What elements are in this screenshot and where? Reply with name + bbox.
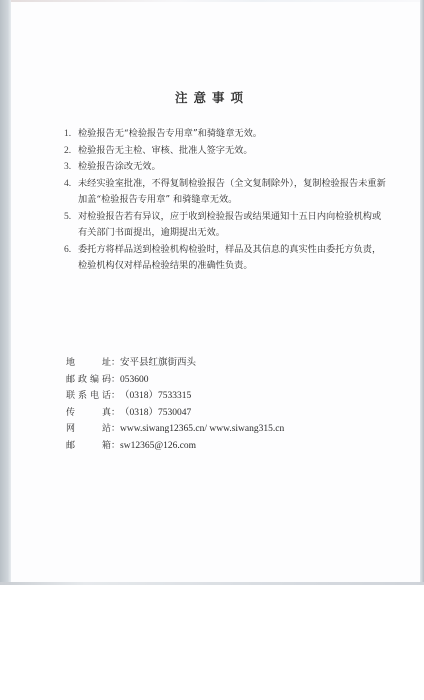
phone-value: （0318）7533315 <box>120 388 191 405</box>
contact-label: 联系电话 <box>66 388 111 405</box>
note-number: 5. <box>64 209 78 226</box>
fax-value: （0318）7530047 <box>120 405 191 422</box>
note-text: 检验报告涂改无效。 <box>78 159 394 176</box>
note-number: 3. <box>64 159 78 176</box>
note-item-2: 2. 检验报告无主检、审核、批准人签字无效。 <box>64 143 394 160</box>
contact-phone: 联系电话 ： （0318）7533315 <box>66 388 366 405</box>
contact-address: 地址 ： 安平县红旗街西头 <box>66 355 366 372</box>
note-number: 6. <box>64 242 78 259</box>
contact-postcode: 邮政编码 ： 053600 <box>66 372 366 389</box>
scan-edge-bottom <box>0 582 424 585</box>
contact-label: 邮政编码 <box>66 372 111 389</box>
contact-fax: 传真 ： （0318）7530047 <box>66 405 366 422</box>
website-value: www.siwang12365.cn/ www.siwang315.cn <box>120 421 284 438</box>
note-text: 未经实验室批准，不得复制检验报告（全文复制除外），复制检验报告未重新 <box>78 176 394 193</box>
note-text: 检验报告无主检、审核、批准人签字无效。 <box>78 143 394 160</box>
note-text: 检验报告无“检验报告专用章”和骑缝章无效。 <box>78 126 394 143</box>
note-text: 对检验报告若有异议，应于收到检验报告或结果通知十五日内向检验机构或 <box>78 209 394 226</box>
scanned-page: 注意事项 1. 检验报告无“检验报告专用章”和骑缝章无效。 2. 检验报告无主检… <box>0 0 424 585</box>
notes-list: 1. 检验报告无“检验报告专用章”和骑缝章无效。 2. 检验报告无主检、审核、批… <box>64 126 394 275</box>
note-number: 1. <box>64 126 78 143</box>
page-title: 注意事项 <box>0 88 424 106</box>
contact-label: 地址 <box>66 355 111 372</box>
note-text-continued: 有关部门书面提出，逾期提出无效。 <box>78 225 394 242</box>
address-value: 安平县红旗街西头 <box>120 355 196 372</box>
note-item-4: 4. 未经实验室批准，不得复制检验报告（全文复制除外），复制检验报告未重新 加盖… <box>64 176 394 209</box>
contact-label: 网站 <box>66 421 111 438</box>
note-text: 委托方将样品送到检验机构检验时，样品及其信息的真实性由委托方负责， <box>78 242 394 259</box>
note-item-5: 5. 对检验报告若有异议，应于收到检验报告或结果通知十五日内向检验机构或 有关部… <box>64 209 394 242</box>
note-text-continued: 检验机构仅对样品检验结果的准确性负责。 <box>78 258 394 275</box>
note-number: 2. <box>64 143 78 160</box>
contact-label: 传真 <box>66 405 111 422</box>
contact-website: 网站 ： www.siwang12365.cn/ www.siwang315.c… <box>66 421 366 438</box>
contact-label: 邮箱 <box>66 438 111 455</box>
postcode-value: 053600 <box>120 372 149 389</box>
note-item-1: 1. 检验报告无“检验报告专用章”和骑缝章无效。 <box>64 126 394 143</box>
note-number: 4. <box>64 176 78 193</box>
note-item-3: 3. 检验报告涂改无效。 <box>64 159 394 176</box>
scan-edge-top <box>11 0 420 2</box>
contact-email: 邮箱 ： sw12365@126.com <box>66 438 366 455</box>
email-value: sw12365@126.com <box>120 438 196 455</box>
note-text-continued: 加盖“检验报告专用章” 和骑缝章无效。 <box>78 192 394 209</box>
note-item-6: 6. 委托方将样品送到检验机构检验时，样品及其信息的真实性由委托方负责， 检验机… <box>64 242 394 275</box>
contact-info: 地址 ： 安平县红旗街西头 邮政编码 ： 053600 联系电话 ： （0318… <box>66 355 366 454</box>
